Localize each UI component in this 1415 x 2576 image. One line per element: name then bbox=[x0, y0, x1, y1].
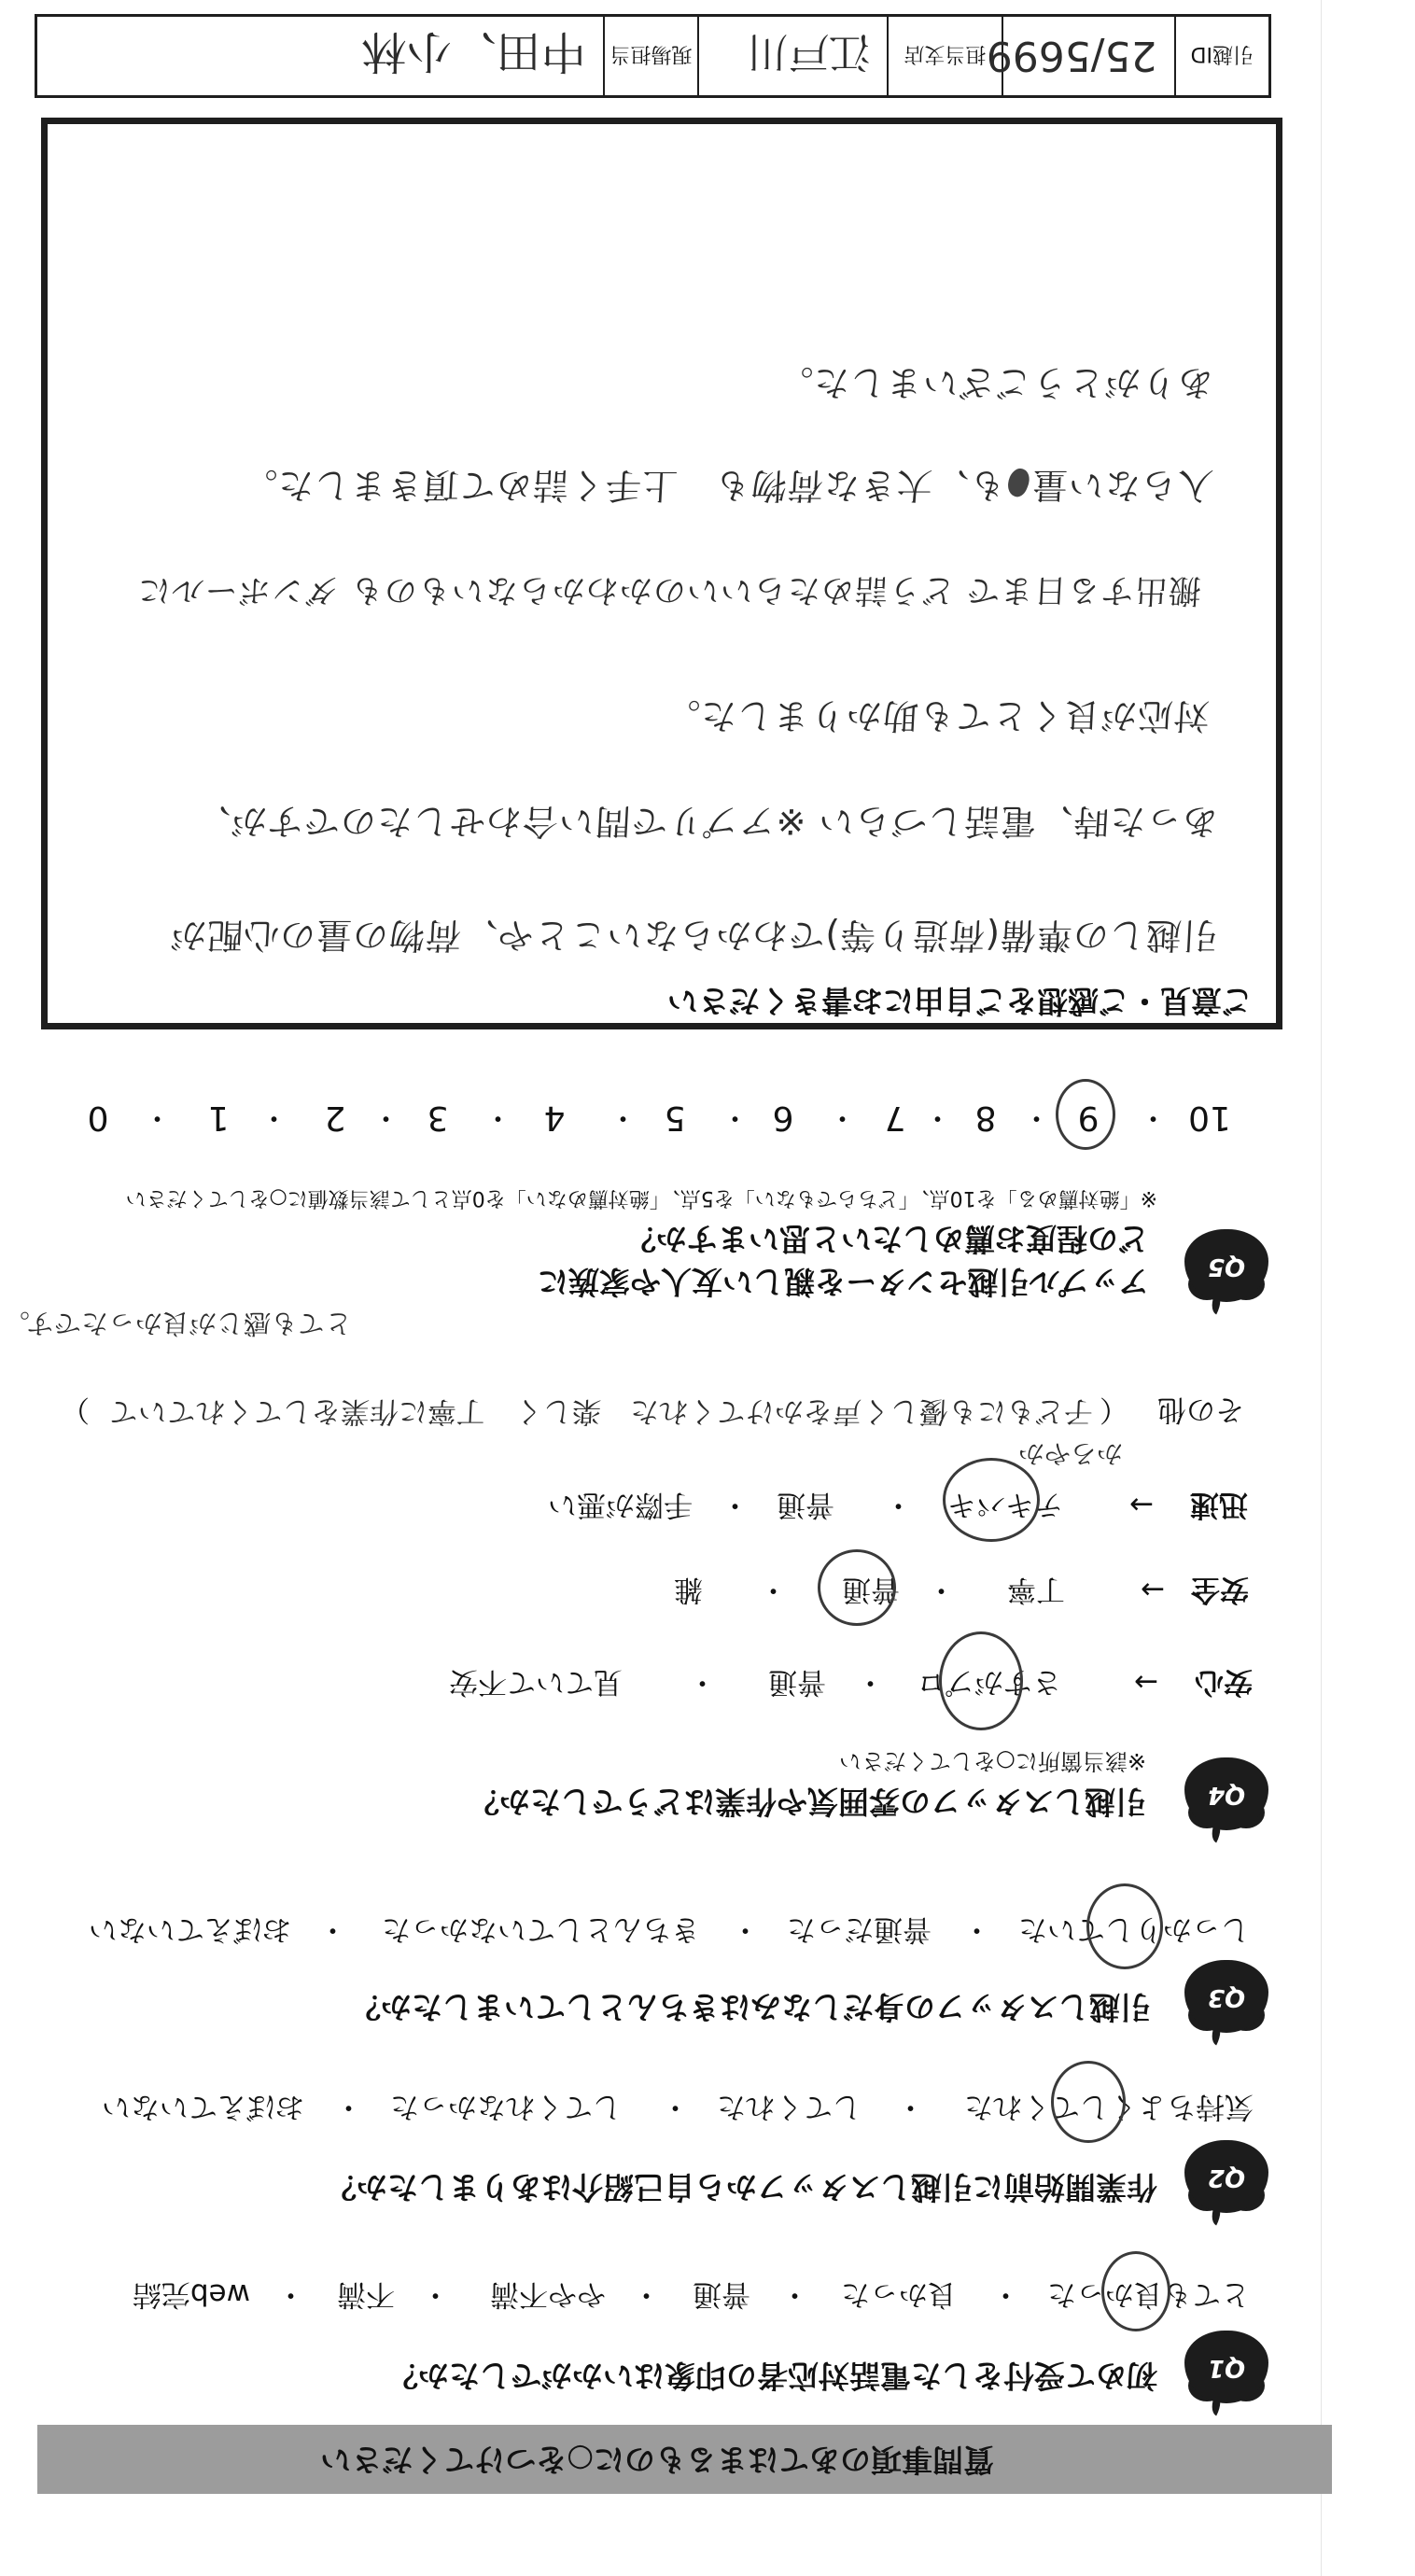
comment-line: 引越しの準備(荷造り等)でわからないことや、荷物の量の心配が bbox=[169, 915, 1219, 956]
scan-edge-line bbox=[1321, 0, 1322, 2576]
q2-apple-badge: Q2 bbox=[1184, 2140, 1268, 2224]
separator-dot: ・ bbox=[422, 2275, 450, 2313]
scale-value: 2 bbox=[312, 1097, 358, 1138]
staff-label: 現場担当 bbox=[603, 17, 697, 95]
scale-value: 6 bbox=[760, 1097, 806, 1138]
move-id-label: 引越ID bbox=[1174, 17, 1268, 95]
scale-value: 1 bbox=[195, 1097, 242, 1138]
separator-dot: ・ bbox=[609, 1099, 637, 1136]
q1-apple-badge: Q1 bbox=[1184, 2331, 1268, 2415]
separator-dot: ・ bbox=[662, 2088, 690, 2125]
separator-dot: ・ bbox=[885, 1486, 913, 1523]
separator-dot: ・ bbox=[1140, 1099, 1168, 1136]
separator-dot: ・ bbox=[897, 2088, 925, 2125]
separator-dot: ・ bbox=[277, 2275, 305, 2313]
q4-other-open-paren: （ bbox=[1100, 1391, 1128, 1428]
q1-option: 不満 bbox=[337, 2275, 395, 2313]
scale-value: 8 bbox=[962, 1097, 1009, 1138]
q1-option: 良かった bbox=[841, 2275, 957, 2313]
q3-apple-badge: Q3 bbox=[1184, 1960, 1268, 2044]
q1-option: やや不満 bbox=[490, 2275, 606, 2313]
branch-value: 江戸川 bbox=[697, 17, 887, 95]
move-id-value: 25/5699 bbox=[1002, 17, 1174, 95]
q2-selection-circle bbox=[1051, 2061, 1126, 2143]
separator-dot: ・ bbox=[372, 1099, 400, 1136]
q2-option: してくれた bbox=[717, 2088, 862, 2125]
comment-heading: ご意見・ご感想をご自由にお書きください bbox=[667, 982, 1253, 1019]
q4-row-label-anzen: 安全 bbox=[1191, 1571, 1249, 1608]
staff-value: 中田、小林 bbox=[37, 17, 603, 95]
q4-row-label-jinsoku: 迅速 bbox=[1190, 1486, 1248, 1523]
q4-option: 手際が悪い bbox=[548, 1486, 693, 1523]
q4-other-label: その他 bbox=[1157, 1391, 1244, 1428]
q4-badge-label: Q4 bbox=[1184, 1776, 1268, 1813]
comment-line: 対応が良くとても助かりました。 bbox=[663, 695, 1211, 736]
scale-value: 10 bbox=[1186, 1097, 1233, 1138]
q1-selection-circle bbox=[1101, 2251, 1170, 2331]
separator-dot: ・ bbox=[732, 1911, 760, 1948]
comment-line: ありがとうございました。 bbox=[776, 362, 1214, 403]
separator-dot: ・ bbox=[760, 1571, 788, 1608]
separator-dot: ・ bbox=[1023, 1099, 1051, 1136]
separator-dot: ・ bbox=[924, 1099, 952, 1136]
q4-anshin-selection-circle bbox=[939, 1631, 1023, 1730]
arrow-right-icon: → bbox=[1141, 1571, 1165, 1608]
ink-blot bbox=[1003, 467, 1033, 500]
q4-option: 見ていて不安 bbox=[449, 1663, 623, 1701]
q4-option: 普通 bbox=[777, 1486, 834, 1523]
q2-title: 作業開始前に引越しスタッフから自己紹介はありましたか？ bbox=[326, 2168, 1157, 2205]
separator-dot: ・ bbox=[857, 1663, 885, 1701]
arrow-right-icon: → bbox=[1129, 1486, 1154, 1523]
scale-value: 3 bbox=[414, 1097, 461, 1138]
arrow-right-icon: → bbox=[1134, 1663, 1158, 1701]
separator-dot: ・ bbox=[144, 1099, 172, 1136]
separator-dot: ・ bbox=[335, 2088, 363, 2125]
q2-badge-label: Q2 bbox=[1184, 2159, 1268, 2196]
comment-line: 搬出する日まで どう詰めたらいいのかわからないものも ダンボールに bbox=[136, 569, 1202, 610]
separator-dot: ・ bbox=[484, 1099, 512, 1136]
q4-other-close-paren: ） bbox=[61, 1391, 90, 1428]
separator-dot: ・ bbox=[689, 1663, 717, 1701]
banner-text: 質問事項のあてはまるものに○をつけてください bbox=[320, 2425, 994, 2494]
q4-apple-badge: Q4 bbox=[1184, 1757, 1268, 1841]
handwritten-note-jinsoku: かろやか bbox=[1017, 1435, 1124, 1472]
q5-badge-label: Q5 bbox=[1184, 1248, 1268, 1285]
comment-line-part: も、大きな荷物も 上手く詰めて頂きました。 bbox=[240, 465, 1006, 506]
q3-selection-circle bbox=[1086, 1883, 1163, 1969]
q5-note: ※「絶対薦める」を10点、「どちらでもない」を5点、「絶対薦めない」を0点として… bbox=[126, 1183, 1157, 1211]
q5-title-line-2: どの程度お薦めしたいと思いますか？ bbox=[625, 1220, 1149, 1257]
q4-option: 雑 bbox=[674, 1571, 703, 1608]
q1-badge-label: Q1 bbox=[1184, 2349, 1268, 2387]
q4-option: 普通 bbox=[768, 1663, 826, 1701]
comment-line-part: 入らない量 bbox=[1030, 465, 1214, 506]
q2-option: してくれなかった bbox=[390, 2088, 622, 2125]
separator-dot: ・ bbox=[928, 1571, 956, 1608]
q5-apple-badge: Q5 bbox=[1184, 1229, 1268, 1313]
separator-dot: ・ bbox=[992, 2275, 1020, 2313]
q4-title: 引越しスタッフの雰囲気や作業はどうでしたか？ bbox=[469, 1783, 1146, 1820]
separator-dot: ・ bbox=[722, 1099, 750, 1136]
q5-selection-circle bbox=[1056, 1079, 1115, 1150]
q3-option: 普通だった bbox=[787, 1911, 932, 1948]
q1-option: 普通 bbox=[693, 2275, 750, 2313]
scale-value: 0 bbox=[75, 1097, 121, 1138]
survey-form-page: 質問事項のあてはまるものに○をつけてください Q1 初めて受付をした電話対応者の… bbox=[0, 0, 1415, 2576]
q3-title: 引越しスタッフの身だしなみはきちんとしていましたか？ bbox=[350, 1988, 1151, 2025]
q1-title: 初めて受付をした電話対応者の印象はいかがでしたか？ bbox=[387, 2357, 1157, 2394]
branch-label: 担当支店 bbox=[887, 17, 1001, 95]
scale-value: 4 bbox=[531, 1097, 578, 1138]
instruction-banner: 質問事項のあてはまるものに○をつけてください bbox=[37, 2425, 1332, 2494]
separator-dot: ・ bbox=[722, 1486, 750, 1523]
comment-line: 入らない量も、大きな荷物も 上手く詰めて頂きました。 bbox=[240, 465, 1214, 506]
handwritten-note-q5: とても感じが良かったです。 bbox=[1, 1305, 353, 1342]
q4-other-handwritten-text: 子どもにも優しく声をかけてくれた 楽しく 丁寧に作業をしてくれていて bbox=[108, 1393, 1094, 1430]
q4-option: 丁寧 bbox=[1007, 1571, 1065, 1608]
q3-option: おぼえていない bbox=[89, 1911, 291, 1948]
scale-value: 5 bbox=[651, 1097, 698, 1138]
separator-dot: ・ bbox=[829, 1099, 857, 1136]
separator-dot: ・ bbox=[633, 2275, 661, 2313]
separator-dot: ・ bbox=[319, 1911, 347, 1948]
q5-title-line-1: アップル引越センターを親しい友人や家族に bbox=[538, 1263, 1149, 1300]
comment-line: あった時、電話しづらい ※アプリで問い合わせしたのですが、 bbox=[193, 801, 1219, 842]
q4-note: ※該当箇所に○をしてください bbox=[839, 1747, 1146, 1775]
q2-option: おぼえていない bbox=[102, 2088, 304, 2125]
q3-badge-label: Q3 bbox=[1184, 1979, 1268, 2016]
separator-dot: ・ bbox=[260, 1099, 288, 1136]
separator-dot: ・ bbox=[963, 1911, 991, 1948]
q3-option: きちんとしていなかった bbox=[382, 1911, 700, 1948]
move-info-table: 引越ID 25/5699 担当支店 江戸川 現場担当 中田、小林 bbox=[35, 14, 1271, 98]
q4-row-label-anshin: 安心 bbox=[1195, 1663, 1253, 1701]
separator-dot: ・ bbox=[781, 2275, 809, 2313]
q4-anzen-selection-circle bbox=[818, 1549, 896, 1626]
q1-option: web完結 bbox=[133, 2275, 250, 2313]
scale-value: 7 bbox=[872, 1097, 918, 1138]
